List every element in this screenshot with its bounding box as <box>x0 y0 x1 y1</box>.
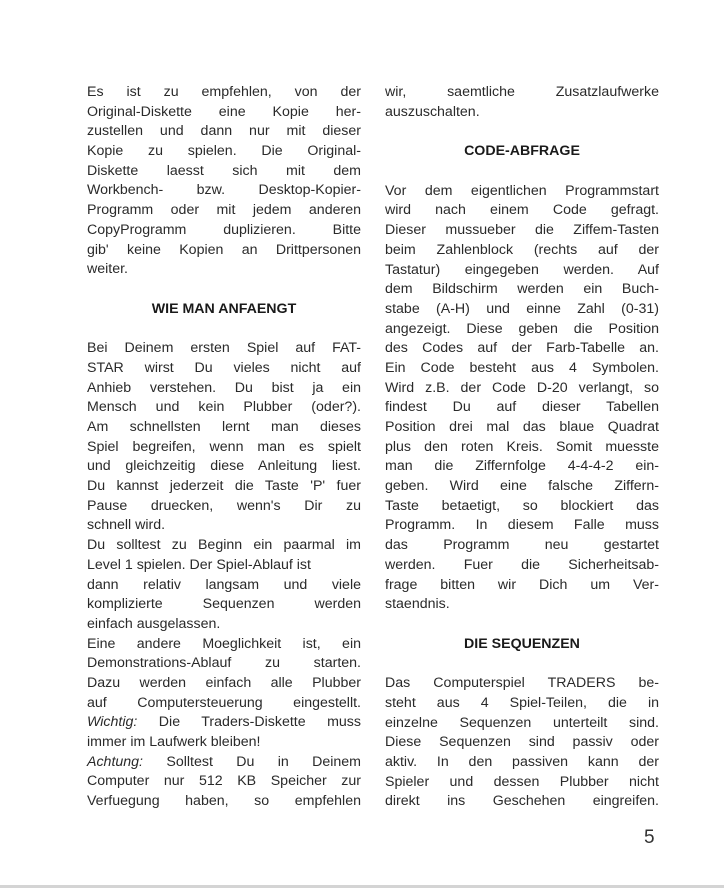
text-line: angezeigt. Diese geben die Position <box>385 320 659 340</box>
text-line: Anhieb verstehen. Du bist ja ein <box>87 379 361 399</box>
text-line: Am schnellsten lernt man dieses <box>87 418 361 438</box>
text-line: zustellen und dann nur mit dieser <box>87 122 361 142</box>
text-line: werden. Fuer die Sicherheitsab- <box>385 556 659 576</box>
text-line: Position drei mal das blaue Quadrat <box>385 418 659 438</box>
text-line: findest Du auf dieser Tabellen <box>385 398 659 418</box>
sequenzen-paragraph: Das Computerspiel TRADERS be- steht aus … <box>385 674 659 812</box>
achtung-label: Achtung: <box>87 754 143 770</box>
continuation-paragraph: wir, saemtliche Zusatzlaufwerke auszusch… <box>385 83 659 122</box>
text-line: Computer nur 512 KB Speicher zur <box>87 772 361 792</box>
section-heading-die-sequenzen: DIE SEQUENZEN <box>385 635 659 655</box>
wichtig-text: Die Traders-Diskette muss <box>137 714 361 730</box>
text-line: frage bitten wir Dich um Ver- <box>385 576 659 596</box>
text-line: Kopie zu spielen. Die Original- <box>87 142 361 162</box>
achtung-line: Achtung: Solltest Du in Deinem <box>87 753 361 773</box>
text-line: geben. Wird eine falsche Ziffern- <box>385 477 659 497</box>
text-line: Wird z.B. der Code D-20 verlangt, so <box>385 379 659 399</box>
anfaengt-paragraph: Bei Deinem ersten Spiel auf FAT- STAR wi… <box>87 339 361 812</box>
text-line: einfach ausgelassen. <box>87 615 361 635</box>
text-line: Diskette laesst sich mit dem <box>87 162 361 182</box>
text-line: Eine andere Moeglichkeit ist, ein <box>87 635 361 655</box>
text-line: des Codes auf der Farb-Tabelle an. <box>385 339 659 359</box>
left-column: Es ist zu empfehlen, von der Original-Di… <box>87 83 361 812</box>
text-line: Workbench- bzw. Desktop-Kopier- <box>87 181 361 201</box>
text-line: Das Computerspiel TRADERS be- <box>385 674 659 694</box>
text-line: das Programm neu gestartet <box>385 536 659 556</box>
text-line: dem Bildschirm werden ein Buch- <box>385 280 659 300</box>
text-line: Programm. In diesem Falle muss <box>385 516 659 536</box>
document-page: Es ist zu empfehlen, von der Original-Di… <box>0 0 724 885</box>
text-line: aktiv. In den passiven kann der <box>385 753 659 773</box>
text-line: Spieler und dessen Plubber nicht <box>385 773 659 793</box>
text-line: direkt ins Geschehen eingreifen. <box>385 792 659 812</box>
text-line: Vor dem eigentlichen Programmstart <box>385 182 659 202</box>
code-abfrage-paragraph: Vor dem eigentlichen Programmstart wird … <box>385 182 659 615</box>
text-line: Original-Diskette eine Kopie her- <box>87 103 361 123</box>
right-column: wir, saemtliche Zusatzlaufwerke auszusch… <box>385 83 659 812</box>
text-line: Demonstrations-Ablauf zu starten. <box>87 654 361 674</box>
text-line: Spiel begreifen, wenn man es spielt <box>87 438 361 458</box>
text-line: Pause druecken, wenn's Dir zu <box>87 497 361 517</box>
text-line: Verfuegung haben, so empfehlen <box>87 792 361 812</box>
text-line: komplizierte Sequenzen werden <box>87 595 361 615</box>
text-line: plus den roten Kreis. Somit muesste <box>385 438 659 458</box>
text-line: Programm oder mit jedem anderen <box>87 201 361 221</box>
text-line: man die Ziffernfolge 4-4-4-2 ein- <box>385 457 659 477</box>
text-line: gib' keine Kopien an Drittpersonen <box>87 241 361 261</box>
text-line: Es ist zu empfehlen, von der <box>87 83 361 103</box>
text-line: Ein Code besteht aus 4 Symbolen. <box>385 359 659 379</box>
text-line: Du kannst jederzeit die Taste 'P' fuer <box>87 477 361 497</box>
text-line: Tastatur) eingegeben werden. Auf <box>385 261 659 281</box>
text-line: Bei Deinem ersten Spiel auf FAT- <box>87 339 361 359</box>
text-line: weiter. <box>87 260 361 280</box>
text-line: wird nach einem Code gefragt. <box>385 201 659 221</box>
achtung-text: Solltest Du in Deinem <box>143 754 361 770</box>
text-line: schnell wird. <box>87 516 361 536</box>
text-line: Taste betaetigt, so blockiert das <box>385 497 659 517</box>
text-line: auszuschalten. <box>385 103 659 123</box>
text-line: einzelne Sequenzen unterteilt sind. <box>385 714 659 734</box>
text-line: immer im Laufwerk bleiben! <box>87 733 361 753</box>
text-line: steht aus 4 Spiel-Teilen, die in <box>385 694 659 714</box>
text-line: Dieser mussueber die Ziffem-Tasten <box>385 221 659 241</box>
text-line: staendnis. <box>385 595 659 615</box>
text-line: Level 1 spielen. Der Spiel-Ablauf ist <box>87 556 361 576</box>
text-line: und gleichzeitig diese Anleitung liest. <box>87 457 361 477</box>
section-heading-code-abfrage: CODE-ABFRAGE <box>385 142 659 162</box>
text-line: CopyProgramm duplizieren. Bitte <box>87 221 361 241</box>
text-line: beim Zahlenblock (rechts auf der <box>385 241 659 261</box>
text-line: auf Computersteuerung eingestellt. <box>87 694 361 714</box>
text-line: Diese Sequenzen sind passiv oder <box>385 733 659 753</box>
page-number: 5 <box>644 827 655 849</box>
text-line: dann relativ langsam und viele <box>87 576 361 596</box>
text-line: wir, saemtliche Zusatzlaufwerke <box>385 83 659 103</box>
text-line: stabe (A-H) und einne Zahl (0-31) <box>385 300 659 320</box>
text-line: Mensch und kein Plubber (oder?). <box>87 398 361 418</box>
text-line: Dazu werden einfach alle Plubber <box>87 674 361 694</box>
wichtig-label: Wichtig: <box>87 714 137 730</box>
text-line: Du solltest zu Beginn ein paarmal im <box>87 536 361 556</box>
text-line: STAR wirst Du vieles nicht auf <box>87 359 361 379</box>
section-heading-wie-man-anfaengt: WIE MAN ANFAENGT <box>87 300 361 320</box>
wichtig-line: Wichtig: Die Traders-Diskette muss <box>87 713 361 733</box>
intro-paragraph: Es ist zu empfehlen, von der Original-Di… <box>87 83 361 280</box>
